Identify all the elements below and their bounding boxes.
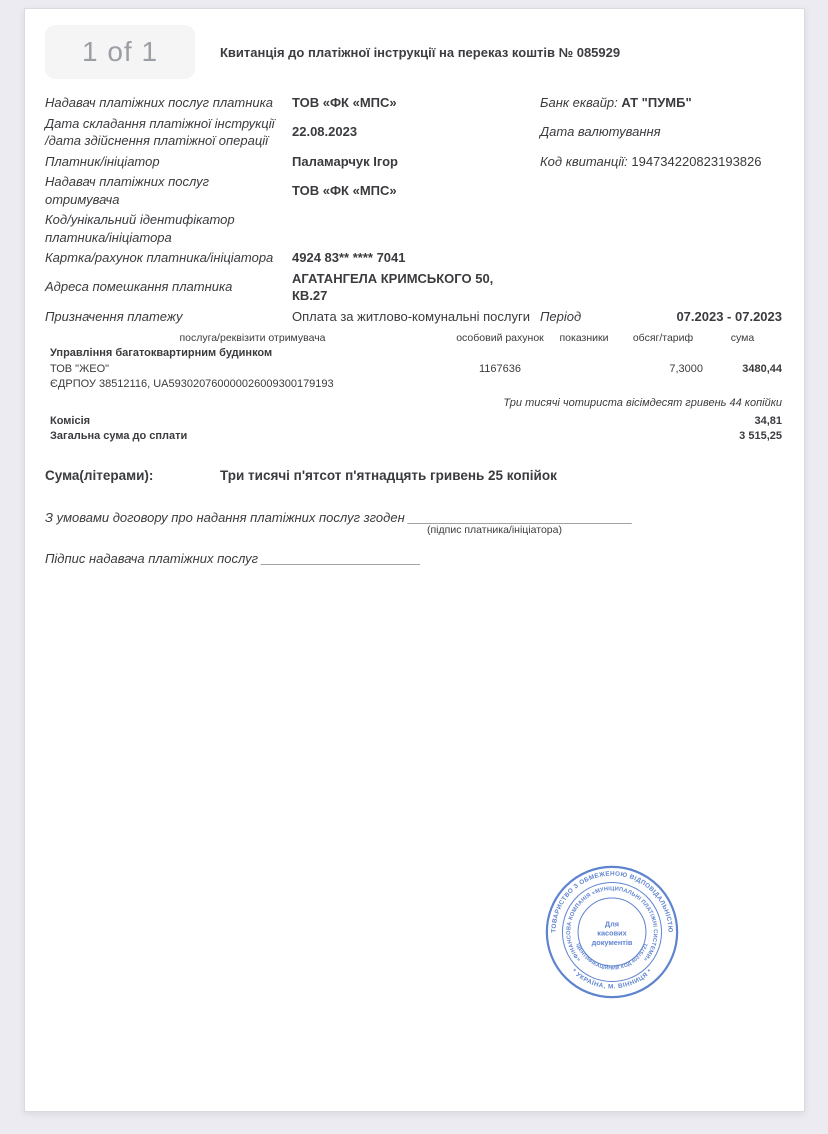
stamp-center-line3: документів: [592, 938, 633, 947]
total-value: 3 515,25: [739, 429, 782, 444]
page-indicator: 1 of 1: [45, 25, 195, 79]
receipt-code-value: 194734220823193826: [631, 154, 761, 169]
field-row-address: Адреса помешкання платника АГАТАНГЕЛА КР…: [45, 270, 782, 305]
services-table: послуга/реквізити отримувача особовий ра…: [45, 332, 782, 444]
card-value: 4924 83** **** 7041: [292, 249, 540, 267]
bank-acquirer: Банк еквайр: АТ "ПУМБ": [540, 94, 782, 112]
provider-payer-value: ТОВ «ФК «МПС»: [292, 94, 540, 112]
service-provider: ТОВ "ЖЕО": [50, 362, 455, 378]
payer-id-label: Код/унікальний ідентифікатор платника/ін…: [45, 211, 292, 246]
amount-in-words: Три тисячі чотириста вісімдесят гривень …: [50, 397, 782, 409]
service-details: ЄДРПОУ 38512116, UA593020760000026009300…: [50, 377, 782, 393]
svg-text:ІДЕНТИФІКАЦІЙНИЙ КОД 40375721: ІДЕНТИФІКАЦІЙНИЙ КОД 40375721: [574, 943, 649, 972]
col-header-service: послуга/реквізити отримувача: [50, 332, 455, 344]
period-label: Період: [540, 308, 602, 326]
commission-value: 34,81: [754, 414, 782, 429]
provider-signature-line: Підпис надавача платіжних послуг _______…: [45, 551, 782, 566]
field-row-card: Картка/рахунок платника/ініціатора 4924 …: [45, 249, 782, 267]
receipt-document: 1 of 1 Квитанція до платіжної інструкції…: [24, 8, 805, 1112]
page-indicator-label: 1 of 1: [82, 36, 158, 68]
indicators-value: [545, 362, 623, 378]
col-header-sum: сума: [703, 332, 782, 344]
fields-section: Надавач платіжних послуг платника ТОВ «Ф…: [45, 94, 782, 325]
address-label: Адреса помешкання платника: [45, 278, 292, 296]
stamp-center-line1: Для: [605, 919, 619, 928]
purpose-label: Призначення платежу: [45, 308, 292, 326]
value-date-label: Дата валютування: [540, 123, 782, 141]
total-row: Загальна сума до сплати 3 515,25: [50, 429, 782, 444]
payer-label: Платник/ініціатор: [45, 153, 292, 171]
payer-signature-line: _______________________________: [408, 510, 632, 525]
provider-receiver-value: ТОВ «ФК «МПС»: [292, 182, 540, 200]
col-header-account: особовий рахунок: [455, 332, 545, 344]
sum-in-words-row: Сума(літерами): Три тисячі п'ятсот п'ятн…: [45, 468, 782, 483]
address-value: АГАТАНГЕЛА КРИМСЬКОГО 50, КВ.27: [292, 270, 540, 305]
card-label: Картка/рахунок платника/ініціатора: [45, 249, 292, 267]
stamp-center-line2: касових: [597, 929, 627, 938]
field-row-provider-payer: Надавач платіжних послуг платника ТОВ «Ф…: [45, 94, 782, 112]
purpose-value: Оплата за житлово-комунальні послуги: [292, 308, 540, 326]
table-row: ТОВ "ЖЕО" 1167636 7,3000 3480,44: [50, 362, 782, 378]
provider-receiver-label: Надавач платіжних послуг отримувача: [45, 173, 292, 208]
col-header-volume: обсяг/тариф: [623, 332, 703, 344]
document-header: 1 of 1 Квитанція до платіжної інструкції…: [45, 25, 782, 79]
field-row-purpose: Призначення платежу Оплата за житлово-ко…: [45, 308, 782, 326]
table-header-row: послуга/реквізити отримувача особовий ра…: [50, 332, 782, 344]
payer-value: Паламарчук Ігор: [292, 153, 540, 171]
receipt-code: Код квитанції: 194734220823193826: [540, 153, 782, 171]
commission-row: Комісія 34,81: [50, 414, 782, 429]
volume-tariff-value: 7,3000: [623, 362, 703, 378]
bank-acquirer-value: АТ "ПУМБ": [621, 95, 691, 110]
period-value: 07.2023 - 07.2023: [602, 308, 782, 326]
bank-acquirer-label: Банк еквайр:: [540, 95, 618, 110]
company-stamp: ТОВАРИСТВО З ОБМЕЖЕНОЮ ВІДПОВІДАЛЬНІСТЮ …: [534, 854, 690, 1010]
page-title: Квитанція до платіжної інструкції на пер…: [220, 45, 620, 60]
field-row-provider-receiver: Надавач платіжних послуг отримувача ТОВ …: [45, 173, 782, 208]
agreement-line: З умовами договору про надання платіжних…: [45, 510, 782, 525]
field-row-payer-id: Код/унікальний ідентифікатор платника/ін…: [45, 211, 782, 246]
service-title: Управління багатоквартирним будинком: [50, 346, 782, 362]
receipt-code-label: Код квитанції:: [540, 154, 628, 169]
sum-in-words-value: Три тисячі п'ятсот п'ятнадцять гривень 2…: [220, 468, 557, 483]
amount-value: 3480,44: [703, 362, 782, 378]
stamp-graphic: ТОВАРИСТВО З ОБМЕЖЕНОЮ ВІДПОВІДАЛЬНІСТЮ …: [534, 854, 690, 1010]
field-row-date: Дата складання платіжної інструкції /дат…: [45, 115, 782, 150]
col-header-indicators: показники: [545, 332, 623, 344]
field-row-payer: Платник/ініціатор Паламарчук Ігор Код кв…: [45, 153, 782, 171]
commission-label: Комісія: [50, 414, 754, 429]
date-label: Дата складання платіжної інструкції /дат…: [45, 115, 292, 150]
stamp-id-code-text: ІДЕНТИФІКАЦІЙНИЙ КОД 40375721: [574, 943, 649, 972]
date-value: 22.08.2023: [292, 123, 540, 141]
payer-signature-note: (підпис платника/ініціатора): [427, 524, 782, 536]
sum-in-words-label: Сума(літерами):: [45, 468, 220, 483]
total-label: Загальна сума до сплати: [50, 429, 739, 444]
account-value: 1167636: [455, 362, 545, 378]
provider-payer-label: Надавач платіжних послуг платника: [45, 94, 292, 112]
